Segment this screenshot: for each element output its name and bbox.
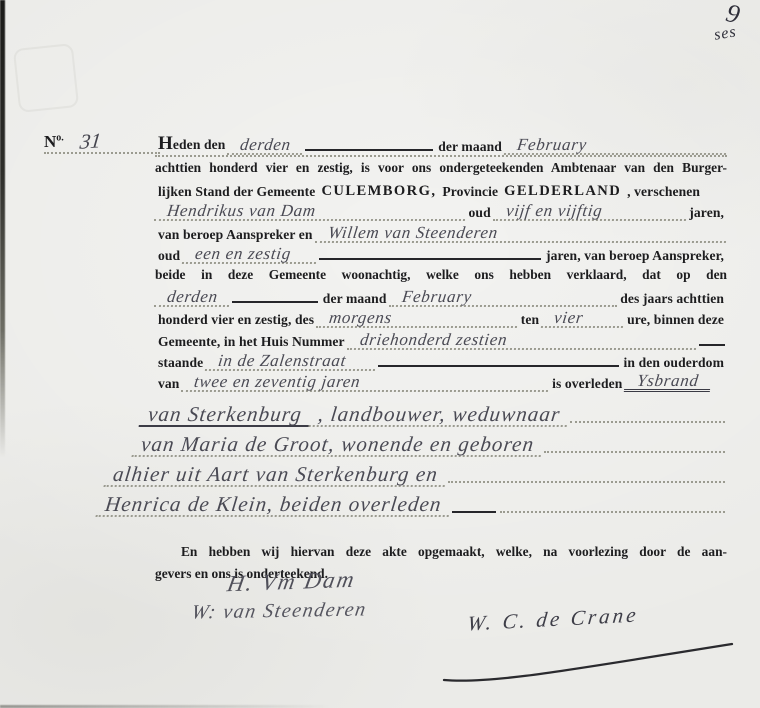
signature-flourish [438,636,738,686]
death-hour-entry: vier [541,309,625,328]
printed-text: is overleden [549,376,625,392]
act-line-1: Heden den derden der maand February [155,133,727,157]
closing-line-1: En hebben wij hiervan deze akte opgemaak… [155,541,727,562]
act-line-12: van twee en zeventig jaren is overleden … [155,371,727,392]
printed-text: Gemeente, in het Huis Nummer [155,334,348,350]
act-line-13: van Sterkenburg , landbouwer, weduwnaar [140,397,727,427]
act-line-3: lijken Stand der Gemeente CULEMBORG, Pro… [155,178,727,199]
ruled-line-dotted [544,451,725,453]
act-number: 31 [79,130,102,152]
declarant1-name-entry: Hendrikus van Dam [154,202,467,221]
printed-text: van [155,376,182,392]
declarant2-age-entry: een en zestig [182,245,318,264]
act-line-7: beide in deze Gemeente woonachtig, welke… [155,264,727,285]
corner-mark: 9 ses [710,4,760,66]
spouse-entry: van Maria de Groot, wonende en geboren [132,434,544,457]
scan-edge-left [0,0,5,458]
printed-text: , verschenen [624,184,703,200]
ruled-line-solid [452,511,496,513]
mother-entry: Henrica de Klein, beiden overleden [96,494,451,517]
printed-text: jaren, van beroep Aanspreker, [543,248,727,264]
printed-text: jaren, [686,205,727,221]
act-number-label: No. [44,132,64,152]
death-day-entry: derden [154,288,231,307]
corner-mark-initials: ses [713,19,760,44]
act-line-8: derden der maand February des jaars acht… [155,285,727,306]
printed-text: honderd vier en zestig, des [155,312,317,328]
deceased-occupation-entry: , landbouwer, weduwnaar [309,404,570,427]
ruled-line-dotted [570,421,725,423]
act-month-entry: February [504,136,728,155]
printed-text: ure, binnen deze [624,312,727,328]
act-line-15: alhier uit Aart van Sterkenburg en [105,457,727,487]
ruled-line-solid [699,344,725,346]
act-line-5: van beroep Aanspreker en Willem van Stee… [155,221,727,242]
printed-text: oud [155,248,183,264]
act-line-9: honderd vier en zestig, des morgens ten … [155,307,727,328]
act-line-6: oud een en zestig jaren, van beroep Aans… [155,243,727,264]
blind-stamp [13,43,79,113]
father-entry: alhier uit Aart van Sterkenburg en [104,464,448,487]
printed-text: oud [466,205,494,221]
deceased-firstname-entry: Ysbrand [624,372,712,392]
signature-declarant2: W: van Steenderen [190,599,368,622]
signature-registrar: W. C. de Crane [466,605,640,635]
ruled-line-solid [319,258,541,260]
printed-text: Heden den [155,133,228,155]
house-number-entry: driehonderd zestien [347,331,699,350]
act-line-16: Henrica de Klein, beiden overleden [97,487,727,517]
printed-text: staande [155,355,206,371]
printed-text: der maand [320,291,390,307]
deceased-surname-entry: van Sterkenburg [139,404,312,427]
printed-text: van beroep Aanspreker en [155,227,316,243]
act-line-10: Gemeente, in het Huis Nummer driehonderd… [155,328,727,349]
printed-text: Provincie [439,184,501,200]
ruled-line-solid [305,149,433,151]
printed-text: ten [518,312,542,328]
signature-declarant1: H. Vm Dam [226,568,358,595]
act-line-4: Hendrikus van Dam oud vijf en vijftig ja… [155,200,727,221]
death-daypart-entry: morgens [316,309,519,328]
printed-text: der maand [435,139,505,155]
deceased-age-entry: twee en zeventig jaren [181,373,550,392]
declarant2-name-entry: Willem van Steenderen [314,224,728,243]
province-name: GELDERLAND [501,183,624,200]
municipality-name: CULEMBORG, [318,183,439,200]
street-entry: in de Zalenstraat [205,352,377,371]
printed-text: in den ouderdom [621,355,727,371]
act-line-2: achttien honderd vier en zestig, is voor… [155,157,727,178]
ruled-line-solid [232,301,318,303]
ruled-line-dotted [500,511,725,513]
death-certificate-scan: 9 ses No. 31 Heden den derden der maand … [0,0,760,708]
printed-text: lijken Stand der Gemeente [155,184,318,200]
act-number-block: No. 31 [44,129,160,154]
declarant1-age-entry: vijf en vijftig [493,202,688,221]
ruled-line-dotted [448,481,725,483]
act-line-11: staande in de Zalenstraat in den ouderdo… [155,350,727,371]
act-day-entry: derden [227,136,304,155]
printed-text: des jaars achttien [617,291,727,307]
act-body: Heden den derden der maand February acht… [155,133,727,584]
death-month-entry: February [388,288,618,307]
act-line-14: van Maria de Groot, wonende en geboren [133,427,727,457]
ruled-line-solid [378,365,618,367]
